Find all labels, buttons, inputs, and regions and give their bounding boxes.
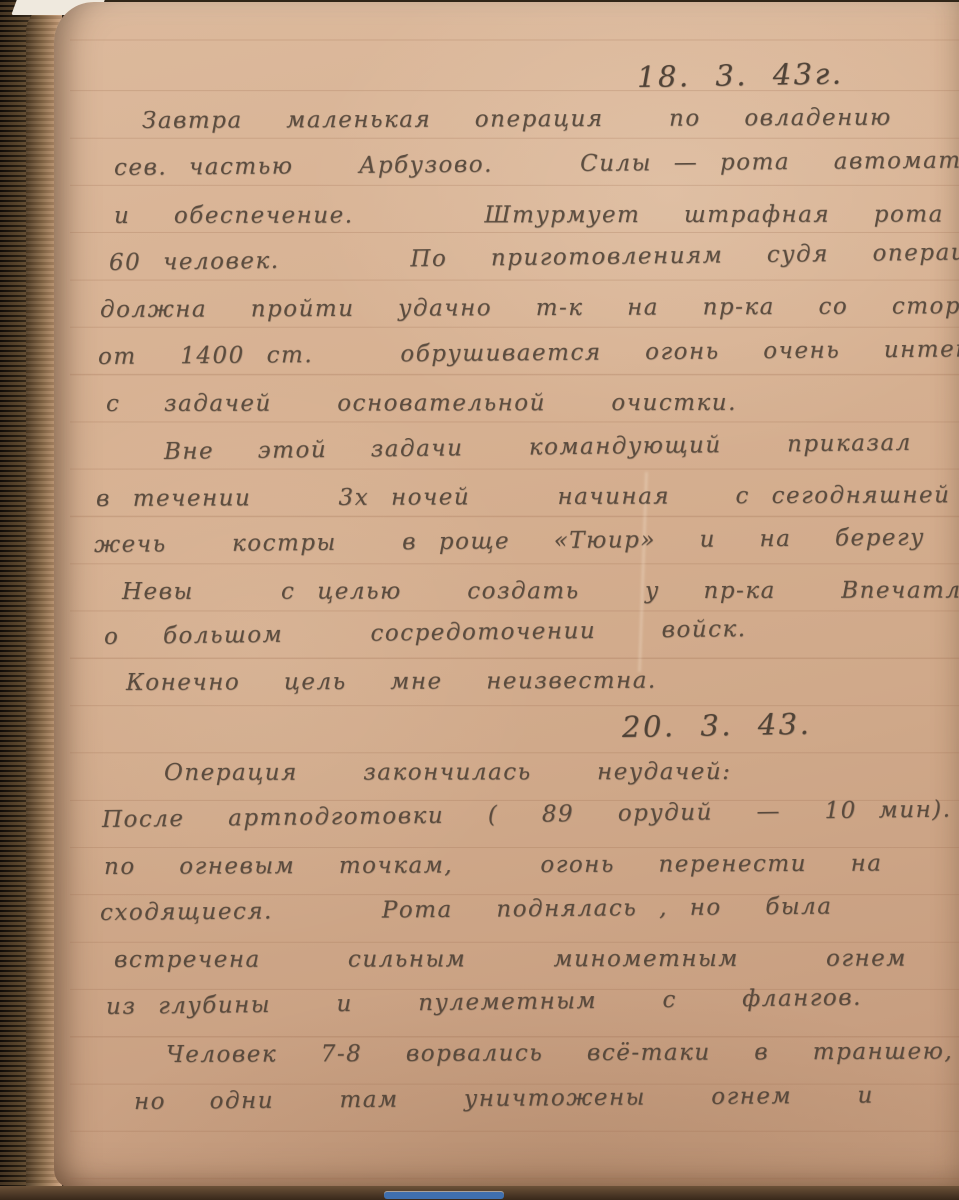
handwriting-line: Конечно цель мне неизвестна.	[126, 666, 657, 698]
handwriting-line: сев. частью Арбузово. Силы — рота автома…	[114, 145, 959, 183]
handwriting-line: и обеспечение. Штурмует штрафная рота ≈	[114, 199, 959, 231]
handwriting-line: встречена сильным минометным огнем	[114, 944, 907, 975]
handwriting-line: Операция закончилась неудачей:	[164, 757, 731, 788]
entry-date: 18. 3. 43г.	[637, 58, 844, 92]
handwriting-line: в течении 3х ночей начиная с сегодняшней	[96, 480, 951, 514]
bottom-blue-mark	[384, 1192, 504, 1199]
handwriting-line: из глубины и пулеметным с флангов.	[106, 983, 862, 1022]
handwriting-layer: 18. 3. 43г.Завтра маленькая операция по …	[54, 2, 959, 1188]
handwriting-line: жечь костры в роще «Тюир» и на берегу	[94, 523, 925, 560]
handwriting-line: Вне этой задачи командующий приказал	[164, 428, 912, 467]
notebook-page: 18. 3. 43г.Завтра маленькая операция по …	[54, 2, 959, 1188]
handwriting-line: После артподготовки ( 89 орудий — 10 мин…	[102, 795, 952, 835]
handwriting-line: 60 человек. По приготовлениям судя опера…	[109, 237, 959, 278]
handwriting-line: должна пройти удачно т-к на пр-ка со сто…	[100, 291, 959, 325]
entry-date: 20. 3. 43.	[622, 709, 812, 742]
handwriting-line: но одни там уничтожены огнем и	[134, 1081, 874, 1117]
handwriting-line: по огневым точкам, огонь перенести на	[104, 849, 883, 882]
handwriting-line: Человек 7-8 ворвались всё-таки в траншею…	[166, 1037, 953, 1070]
handwriting-line: сходящиеся. Рота поднялась , но была	[100, 892, 833, 928]
handwriting-line: с задачей основательной очистки.	[106, 388, 737, 419]
scanned-diary-photo: 18. 3. 43г.Завтра маленькая операция по …	[0, 0, 959, 1200]
handwriting-line: Невы с целью создать у пр-ка Впечатление	[122, 575, 959, 607]
handwriting-line: Завтра маленькая операция по овладению	[142, 103, 892, 136]
handwriting-line: от 1400 ст. обрушивается огонь очень инт…	[98, 334, 959, 372]
handwriting-line: о большом сосредоточении войск.	[104, 614, 747, 652]
